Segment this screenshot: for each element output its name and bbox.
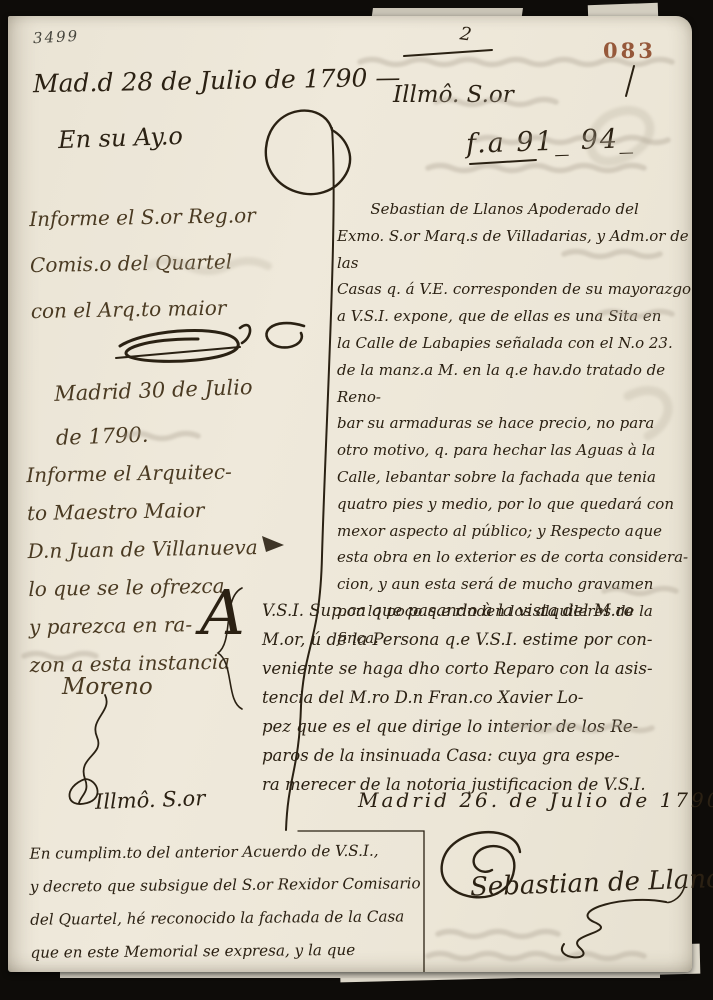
footer-salutation: Illmô. S.or: [95, 786, 206, 814]
margin-note-arquitecto: Informe el Arquitec- to Maestro Maior D.…: [26, 452, 268, 684]
folio-refs: f.a 91_ 94_: [466, 123, 636, 160]
council-note: En su Ay.o: [58, 122, 184, 154]
margin-signature-moreno: Moreno: [62, 674, 153, 700]
date-line: Mad.d 28 de Julio de 1790 —: [33, 63, 401, 98]
request-initial: A: [200, 576, 245, 649]
signature-sebastian: Sebastian de Llanos: [470, 863, 713, 902]
closing-date: Madrid 26. de Julio de 1790.: [358, 788, 713, 812]
scanned-manuscript: { "document": { "archival": { "top_left_…: [0, 0, 713, 1000]
salutation: Illmô. S.or: [393, 82, 514, 108]
inspection-report: En cumplim.to del anterior Acuerdo de V.…: [29, 834, 422, 969]
archive-number: 3499: [33, 27, 80, 47]
stamp-number: 083: [603, 38, 656, 63]
margin-note-regidor: Informe el S.or Reg.or Comis.o del Quart…: [29, 192, 269, 334]
margin-note-date: Madrid 30 de Julio de 1790.: [54, 364, 277, 460]
folio-mark: 2: [459, 23, 473, 45]
petition-text: Sebastian de Llanos Apoderado del Exmo. …: [337, 196, 693, 652]
manuscript-page: 3499 2 083 f.a 91_ 94_ Mad.d 28 de Julio…: [8, 16, 692, 972]
request-text: V.S.I. Sup.ca que pasando à la vista del…: [262, 596, 698, 799]
